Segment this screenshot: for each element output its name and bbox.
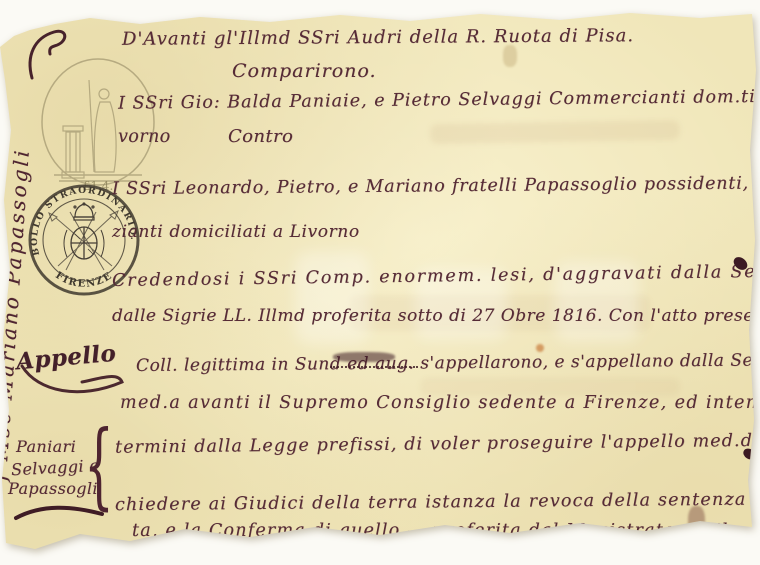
manuscript-line: termini dalla Legge prefissi, di voler p… (115, 430, 760, 457)
manuscript-line: Coll. legittima in Sund ed aug. s'appell… (136, 350, 760, 376)
manuscript-line: dalle Sigrie LL. Illmd proferita sotto d… (112, 306, 760, 326)
paper-shadow: £1.4. BOLLO STRAORDINARIO. FIRENZE (0, 0, 760, 565)
manuscript-line: I SSri Gio: Balda Paniaie, e Pietro Selv… (118, 86, 760, 113)
column-figure (62, 126, 84, 178)
manuscript-line: I SSri Leonardo, Pietro, e Mariano frate… (112, 173, 760, 199)
manuscript-line: med.a avanti il Supremo Consiglio sedent… (120, 393, 760, 413)
ink-smear (688, 506, 705, 538)
margin-flourish (12, 500, 108, 526)
svg-text:FIRENZE: FIRENZE (53, 270, 115, 290)
scanned-document-photo: £1.4. BOLLO STRAORDINARIO. FIRENZE (0, 0, 760, 565)
standing-figure (89, 80, 116, 172)
appeal-flourish (18, 356, 138, 402)
watermark-artifact (295, 252, 369, 344)
manuscript-paper: £1.4. BOLLO STRAORDINARIO. FIRENZE (0, 0, 760, 565)
signature-flourish (24, 26, 72, 84)
stain-spot (503, 45, 517, 67)
seal-bottom-text: FIRENZE (53, 270, 115, 290)
manuscript-line: chiedere ai Giudici della terra istanza … (115, 489, 760, 515)
deletion-dots (330, 366, 418, 368)
manuscript-line: Comparirono. (232, 60, 377, 82)
stain-spot (536, 344, 544, 352)
continuation-mark: 7 (729, 533, 742, 550)
manuscript-line: Contro (228, 126, 293, 147)
manuscript-line: D'Avanti gl'Illmd SSri Audri della R. Ru… (122, 25, 634, 50)
verso-showthrough (430, 120, 680, 144)
manuscript-line: vorno (118, 127, 171, 147)
manuscript-line: ta, e la Conferma di quello — proferita … (132, 521, 760, 541)
ink-blot (741, 446, 757, 461)
manuscript-line: zianti domiciliati a Livorno (112, 222, 360, 242)
margin-party-name: Paniari (16, 437, 76, 456)
coat-of-arms-icon (49, 203, 118, 270)
ink-smudge (333, 352, 395, 362)
margin-brace: { (84, 426, 114, 506)
